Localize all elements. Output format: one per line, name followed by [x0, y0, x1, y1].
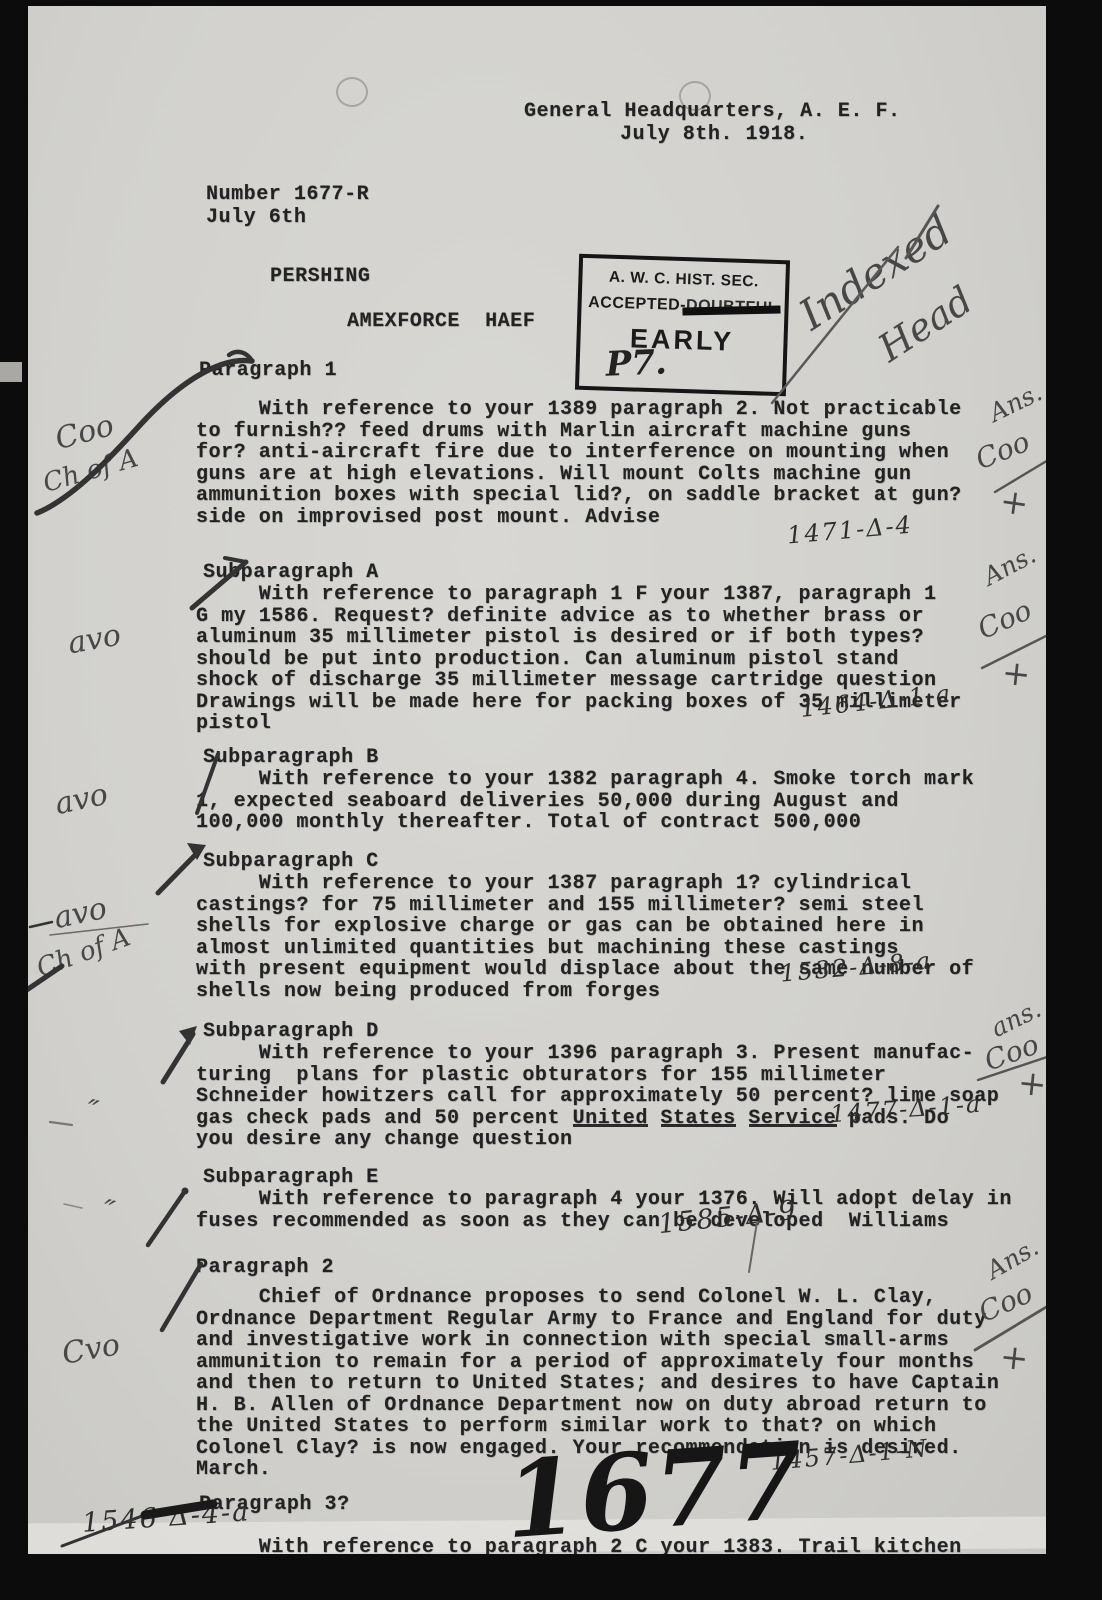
- heading-subparagraph-a: Subparagraph A: [203, 562, 379, 584]
- answer-note-plus-3: +: [1016, 1063, 1049, 1106]
- stamp-accepted-label: ACCEPTED-: [588, 294, 686, 314]
- scan-edge-left: [0, 0, 28, 1600]
- stamp-doubtful-crossed-out: DOUBTFUL: [686, 297, 779, 318]
- heading-subparagraph-b: Subparagraph B: [203, 747, 379, 769]
- underline-states: [661, 1124, 736, 1127]
- punch-hole-left: [336, 77, 368, 107]
- body-subparagraph-c: With reference to your 1387 paragraph 1?…: [196, 873, 974, 1002]
- heading-subparagraph-d: Subparagraph D: [203, 1021, 379, 1043]
- body-subparagraph-e: With reference to paragraph 4 your 1376.…: [196, 1189, 1012, 1232]
- answer-note-plus-4: +: [998, 1337, 1031, 1380]
- scan-edge-top: [0, 0, 1102, 6]
- letterhead-date: July 8th. 1918.: [620, 124, 808, 146]
- stamp-section-line: A. W. C. HIST. SEC.: [582, 268, 785, 292]
- stamp-pencil-p7: P7.: [605, 342, 668, 384]
- scan-edge-right: [1046, 0, 1102, 1600]
- heading-subparagraph-c: Subparagraph C: [203, 851, 379, 873]
- scan-edge-artifact: [0, 362, 22, 382]
- cable-date: July 6th: [206, 207, 306, 229]
- sender: AMEXFORCE HAEF: [347, 311, 535, 333]
- big-cable-number-1677: 1677: [502, 1428, 809, 1554]
- heading-subparagraph-e: Subparagraph E: [203, 1167, 379, 1189]
- scanned-document: General Headquarters, A. E. F. July 8th.…: [0, 0, 1102, 1600]
- heading-paragraph-2: Paragraph 2: [196, 1257, 334, 1279]
- cable-number: Number 1677-R: [206, 184, 369, 206]
- letterhead-organization: General Headquarters, A. E. F.: [524, 101, 901, 123]
- underline-service: [749, 1124, 837, 1127]
- acceptance-stamp: A. W. C. HIST. SEC. ACCEPTED-DOUBTFUL EA…: [575, 254, 790, 397]
- underline-united: [573, 1124, 648, 1127]
- answer-note-plus-1: +: [997, 481, 1031, 525]
- body-paragraph-1: With reference to your 1389 paragraph 2.…: [196, 399, 962, 528]
- stamp-accepted-line: ACCEPTED-DOUBTFUL: [581, 294, 784, 318]
- addressee: PERSHING: [270, 266, 370, 288]
- heading-paragraph-1: Paragraph 1: [199, 360, 337, 382]
- body-subparagraph-b: With reference to your 1382 paragraph 4.…: [196, 769, 974, 834]
- scan-edge-bottom: [0, 1554, 1102, 1600]
- answer-note-plus-2: +: [1000, 653, 1033, 696]
